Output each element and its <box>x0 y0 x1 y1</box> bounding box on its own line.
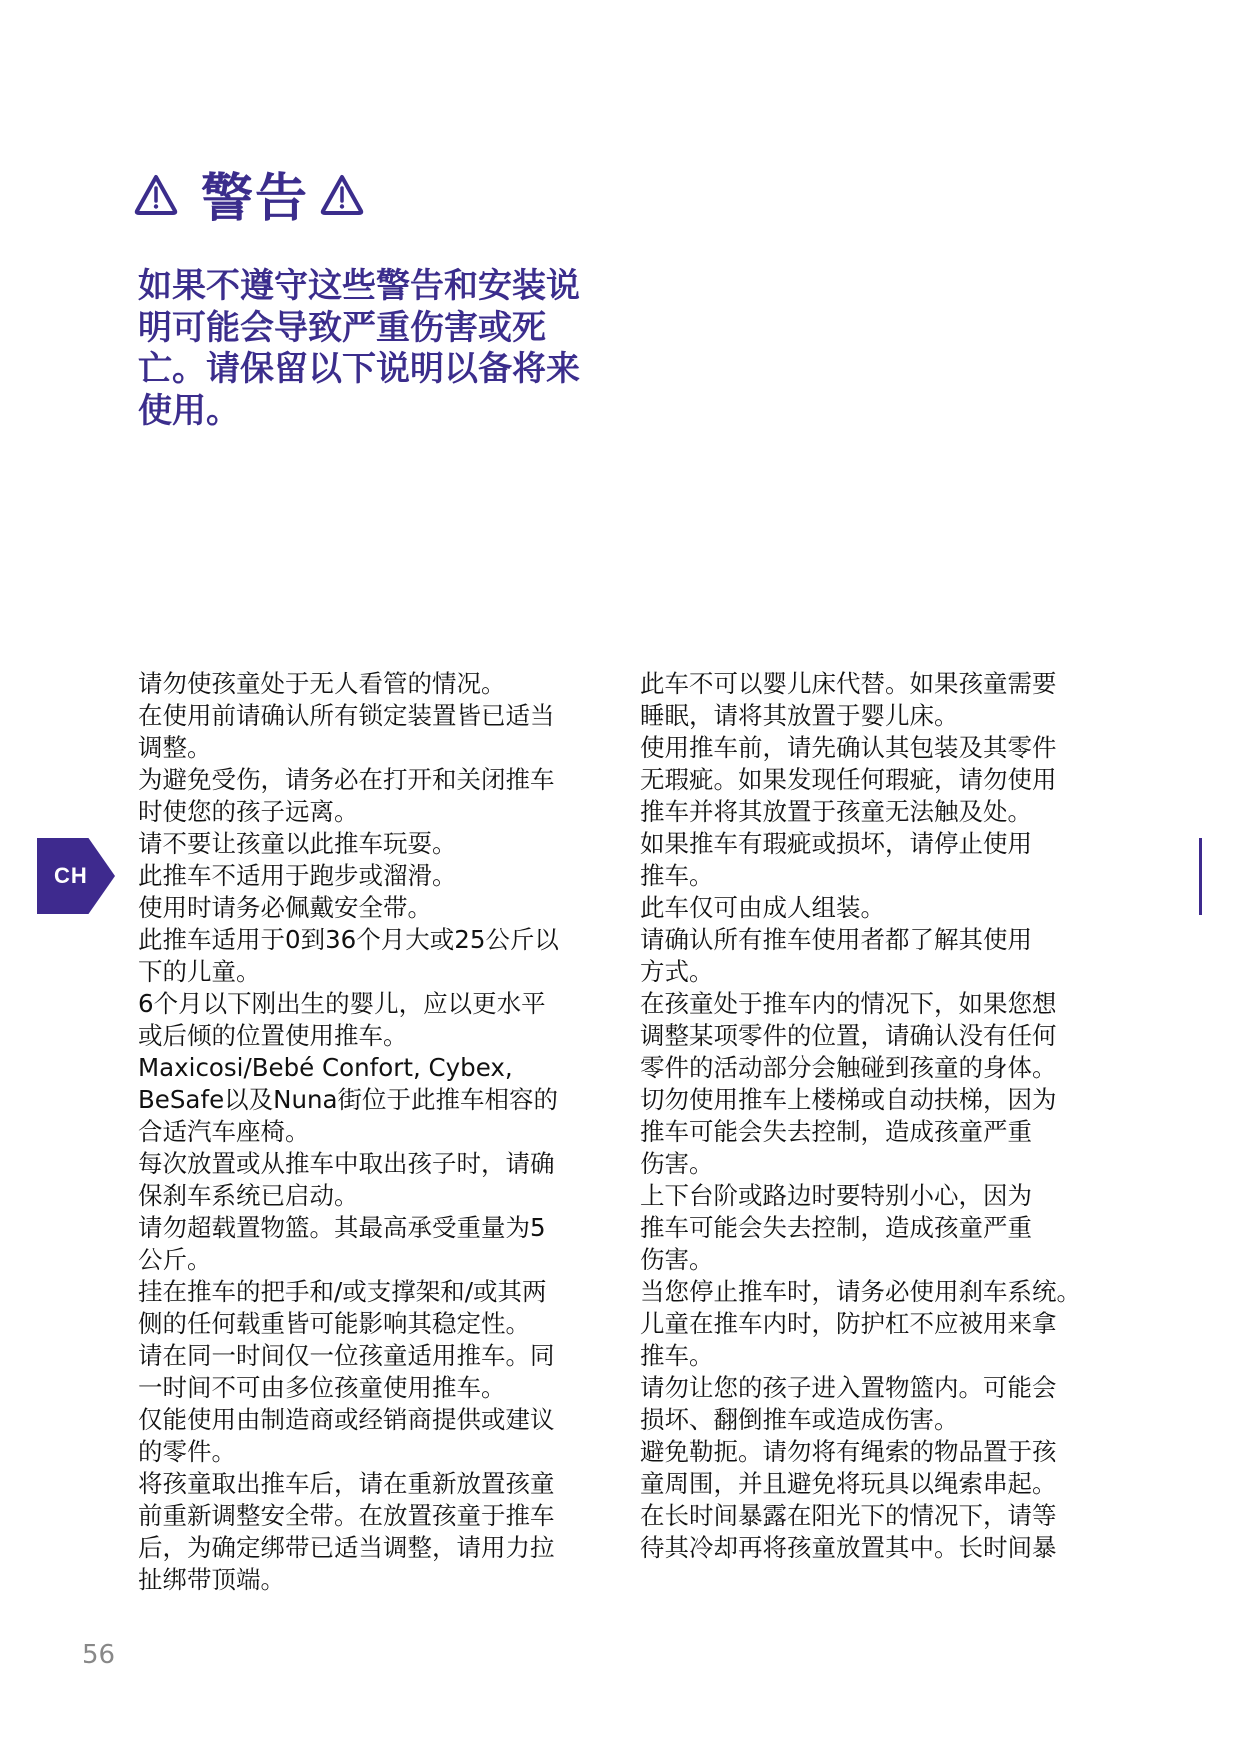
text-line: 下的儿童。 <box>138 956 608 988</box>
text-line: 推车可能会失去控制，造成孩童严重 <box>640 1116 1110 1148</box>
text-line: 方式。 <box>640 956 1110 988</box>
text-line: 每次放置或从推车中取出孩子时，请确 <box>138 1148 608 1180</box>
text-line: 扯绑带顶端。 <box>138 1564 608 1596</box>
text-line: 此车仅可由成人组装。 <box>640 892 1110 924</box>
text-line: 将孩童取出推车后，请在重新放置孩童 <box>138 1468 608 1500</box>
text-line: 后，为确定绑带已适当调整，请用力拉 <box>138 1532 608 1564</box>
intro-line: 亡。请保留以下说明以备将来 <box>138 349 608 391</box>
text-line: 请在同一时间仅一位孩童适用推车。同 <box>138 1340 608 1372</box>
text-line: 推车。 <box>640 860 1110 892</box>
text-line: 调整。 <box>138 732 608 764</box>
text-line: 此车不可以婴儿床代替。如果孩童需要 <box>640 668 1110 700</box>
text-line: 前重新调整安全带。在放置孩童于推车 <box>138 1500 608 1532</box>
warning-triangle-icon <box>133 173 179 217</box>
text-line: 推车并将其放置于孩童无法触及处。 <box>640 796 1110 828</box>
intro-line: 明可能会导致严重伤害或死 <box>138 308 608 350</box>
language-tab-label: CH <box>54 863 88 889</box>
text-line: 推车。 <box>640 1340 1110 1372</box>
text-line: 一时间不可由多位孩童使用推车。 <box>138 1372 608 1404</box>
text-line: 请勿让您的孩子进入置物篮内。可能会 <box>640 1372 1110 1404</box>
text-line: 损坏、翻倒推车或造成伤害。 <box>640 1404 1110 1436</box>
text-line: 待其冷却再将孩童放置其中。长时间暴 <box>640 1532 1110 1564</box>
warnings-column-left: 请勿使孩童处于无人看管的情况。 在使用前请确认所有锁定装置皆已适当 调整。 为避… <box>138 668 608 1596</box>
text-line: 公斤。 <box>138 1244 608 1276</box>
intro-line: 使用。 <box>138 391 608 433</box>
text-line: 使用时请务必佩戴安全带。 <box>138 892 608 924</box>
text-line: 此推车不适用于跑步或溜滑。 <box>138 860 608 892</box>
text-line: 切勿使用推车上楼梯或自动扶梯，因为 <box>640 1084 1110 1116</box>
text-line: 调整某项零件的位置，请确认没有任何 <box>640 1020 1110 1052</box>
text-line: 时使您的孩子远离。 <box>138 796 608 828</box>
text-line: 在长时间暴露在阳光下的情况下，请等 <box>640 1500 1110 1532</box>
text-line: 上下台阶或路边时要特别小心，因为 <box>640 1180 1110 1212</box>
text-line: 零件的活动部分会触碰到孩童的身体。 <box>640 1052 1110 1084</box>
text-line: 6个月以下刚出生的婴儿，应以更水平 <box>138 988 608 1020</box>
text-line: 无瑕疵。如果发现任何瑕疵，请勿使用 <box>640 764 1110 796</box>
text-line: 请勿使孩童处于无人看管的情况。 <box>138 668 608 700</box>
page-edge-marker <box>1199 838 1202 915</box>
text-line: 童周围，并且避免将玩具以绳索串起。 <box>640 1468 1110 1500</box>
text-line: 或后倾的位置使用推车。 <box>138 1020 608 1052</box>
text-line: 挂在推车的把手和/或支撑架和/或其两 <box>138 1276 608 1308</box>
text-line: 伤害。 <box>640 1148 1110 1180</box>
text-line: 为避免受伤，请务必在打开和关闭推车 <box>138 764 608 796</box>
text-line: 如果推车有瑕疵或损坏，请停止使用 <box>640 828 1110 860</box>
text-line: 请勿超载置物篮。其最高承受重量为5 <box>138 1212 608 1244</box>
text-line: 在孩童处于推车内的情况下，如果您想 <box>640 988 1110 1020</box>
page-number: 56 <box>82 1640 115 1670</box>
text-line: 当您停止推车时，请务必使用刹车系统。 <box>640 1276 1110 1308</box>
text-line: 此推车适用于0到36个月大或25公斤以 <box>138 924 608 956</box>
text-line: 儿童在推车内时，防护杠不应被用来拿 <box>640 1308 1110 1340</box>
text-line: 保刹车系统已启动。 <box>138 1180 608 1212</box>
text-line: 请确认所有推车使用者都了解其使用 <box>640 924 1110 956</box>
text-line: 的零件。 <box>138 1436 608 1468</box>
text-line: Maxicosi/Bebé Confort, Cybex, <box>138 1052 608 1084</box>
text-line: 使用推车前，请先确认其包装及其零件 <box>640 732 1110 764</box>
warning-intro: 如果不遵守这些警告和安装说 明可能会导致严重伤害或死 亡。请保留以下说明以备将来… <box>138 266 608 432</box>
warning-triangle-icon <box>319 173 365 217</box>
warnings-column-right: 此车不可以婴儿床代替。如果孩童需要 睡眠，请将其放置于婴儿床。 使用推车前，请先… <box>640 668 1110 1564</box>
text-line: 仅能使用由制造商或经销商提供或建议 <box>138 1404 608 1436</box>
warning-heading: 警告 <box>133 160 365 230</box>
text-line: BeSafe以及Nuna街位于此推车相容的 <box>138 1084 608 1116</box>
intro-line: 如果不遵守这些警告和安装说 <box>138 266 608 308</box>
text-line: 请不要让孩童以此推车玩耍。 <box>138 828 608 860</box>
language-tab-ch: CH <box>37 838 115 914</box>
text-line: 避免勒扼。请勿将有绳索的物品置于孩 <box>640 1436 1110 1468</box>
text-line: 在使用前请确认所有锁定装置皆已适当 <box>138 700 608 732</box>
text-line: 睡眠，请将其放置于婴儿床。 <box>640 700 1110 732</box>
text-line: 合适汽车座椅。 <box>138 1116 608 1148</box>
text-line: 推车可能会失去控制，造成孩童严重 <box>640 1212 1110 1244</box>
text-line: 伤害。 <box>640 1244 1110 1276</box>
page-title: 警告 <box>201 164 309 234</box>
text-line: 侧的任何载重皆可能影响其稳定性。 <box>138 1308 608 1340</box>
